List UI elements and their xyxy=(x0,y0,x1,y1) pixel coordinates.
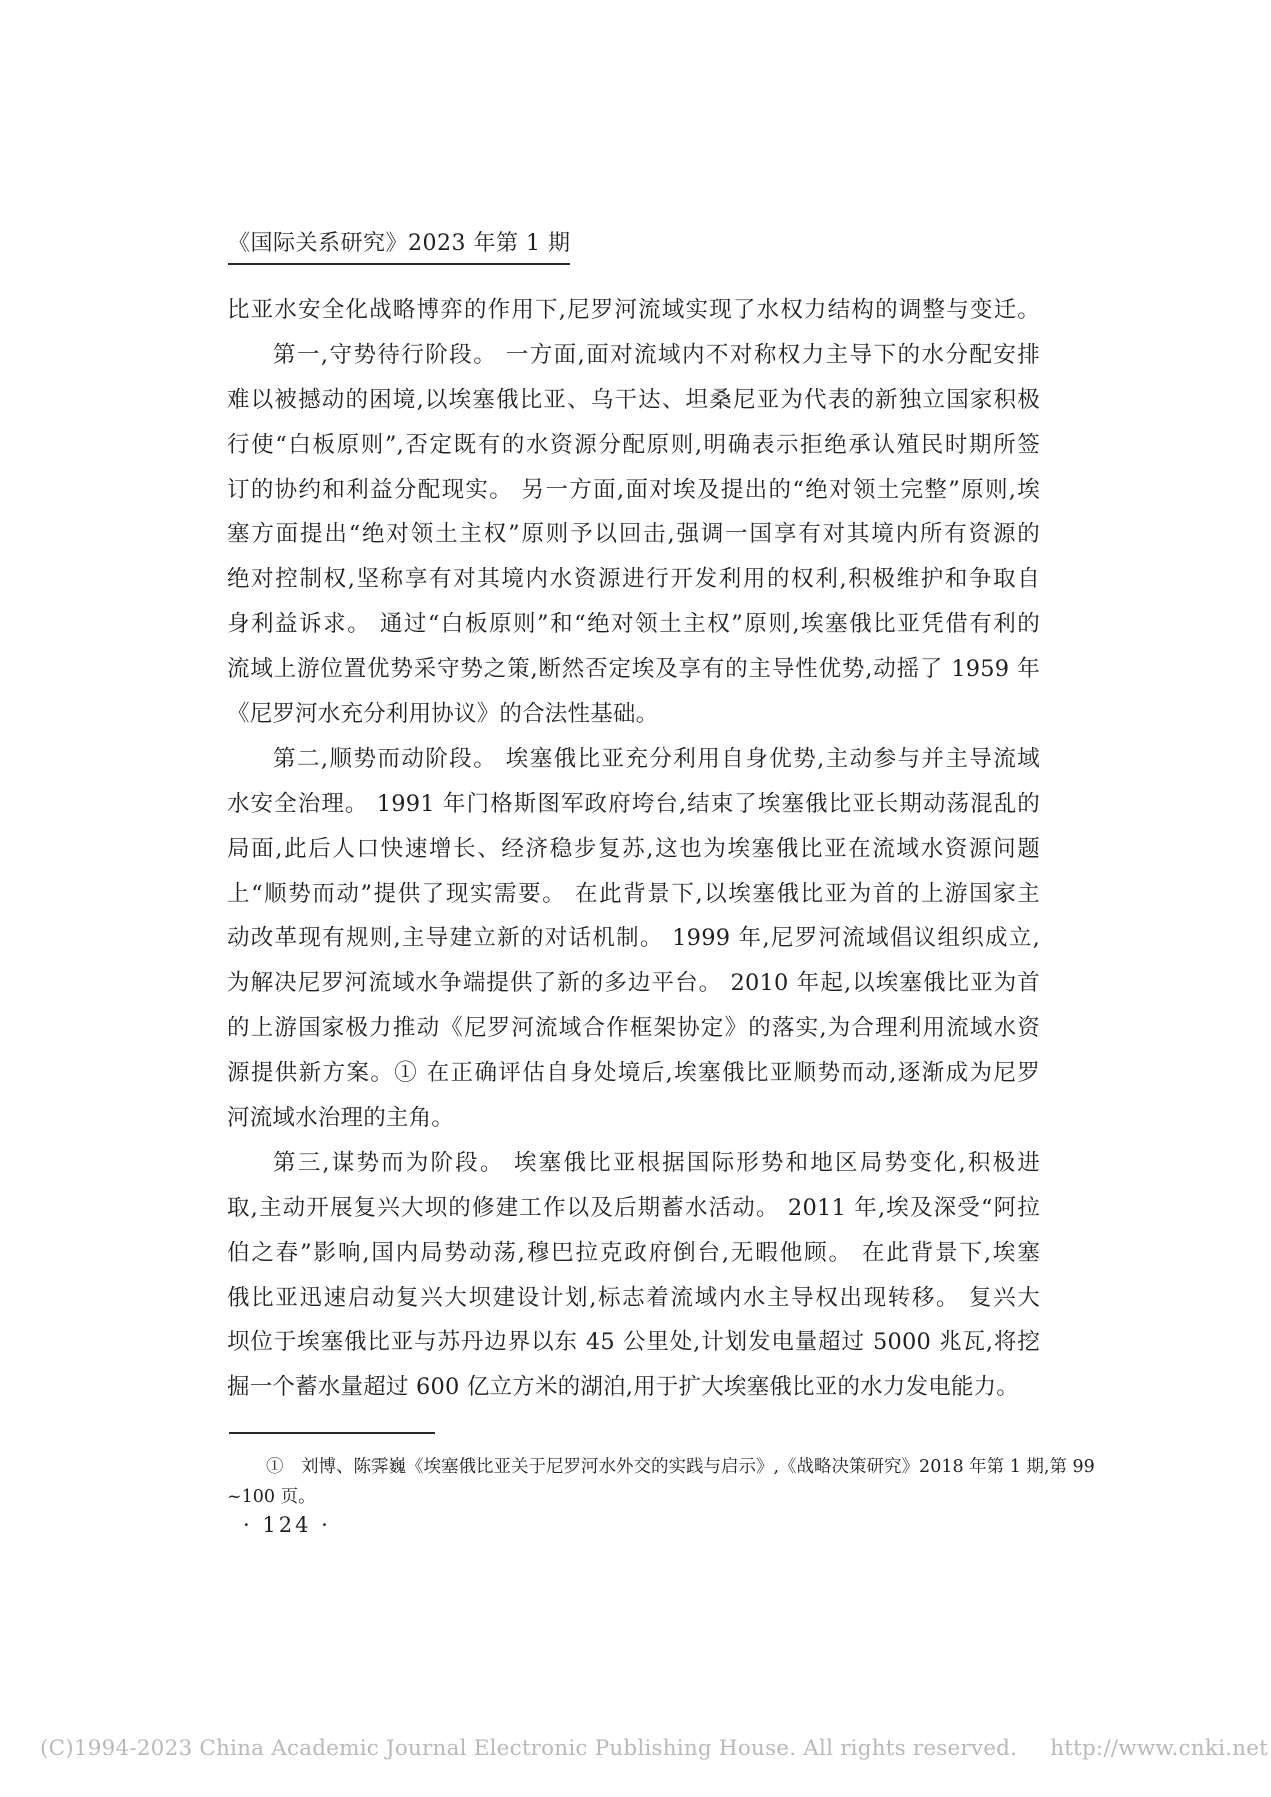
body-line: 难以被撼动的困境,以埃塞俄比亚、乌干达、坦桑尼亚为代表的新独立国家积极 xyxy=(227,378,1040,423)
body-line: 绝对控制权,坚称享有对其境内水资源进行开发利用的权利,积极维护和争取自 xyxy=(227,557,1040,602)
body-line: 伯之春”影响,国内局势动荡,穆巴拉克政府倒台,无暇他顾。 在此背景下,埃塞 xyxy=(227,1231,1040,1276)
copyright-watermark: (C)1994-2023 China Academic Journal Elec… xyxy=(40,1736,1268,1761)
body-line: 比亚水安全化战略博弈的作用下,尼罗河流域实现了水权力结构的调整与变迁。 xyxy=(227,288,1040,333)
body-line: 取,主动开展复兴大坝的修建工作以及后期蓄水活动。 2011 年,埃及深受“阿拉 xyxy=(227,1186,1040,1231)
body-line: 源提供新方案。① 在正确评估自身处境后,埃塞俄比亚顺势而动,逐渐成为尼罗 xyxy=(227,1051,1040,1096)
body-line: 流域上游位置优势采守势之策,断然否定埃及享有的主导性优势,动摇了 1959 年 xyxy=(227,647,1040,692)
body-line: 塞方面提出“绝对领土主权”原则予以回击,强调一国享有对其境内所有资源的 xyxy=(227,512,1040,557)
body-line: 身利益诉求。 通过“白板原则”和“绝对领土主权”原则,埃塞俄比亚凭借有利的 xyxy=(227,602,1040,647)
body-line: 坝位于埃塞俄比亚与苏丹边界以东 45 公里处,计划发电量超过 5000 兆瓦,将… xyxy=(227,1320,1040,1365)
body-line: 水安全治理。 1991 年门格斯图军政府垮台,结束了埃塞俄比亚长期动荡混乱的 xyxy=(227,782,1040,827)
body-line: 第三,谋势而为阶段。 埃塞俄比亚根据国际形势和地区局势变化,积极进 xyxy=(227,1141,1040,1186)
body-line: 俄比亚迅速启动复兴大坝建设计划,标志着流域内水主导权出现转移。 复兴大 xyxy=(227,1276,1040,1321)
page-number: · 124 · xyxy=(243,1513,331,1537)
body-line: 为解决尼罗河流域水争端提供了新的多边平台。 2010 年起,以埃塞俄比亚为首 xyxy=(227,961,1040,1006)
body-line: 上“顺势而动”提供了现实需要。 在此背景下,以埃塞俄比亚为首的上游国家主 xyxy=(227,872,1040,917)
footnote-line: ~100 页。 xyxy=(227,1482,1051,1512)
journal-page: 《国际关系研究》2023 年第 1 期 比亚水安全化战略博弈的作用下,尼罗河流域… xyxy=(0,0,1271,1797)
footnote: ① 刘博、陈霁巍《埃塞俄比亚关于尼罗河水外交的实践与启示》,《战略决策研究》20… xyxy=(227,1452,1051,1512)
copyright-text: (C)1994-2023 China Academic Journal Elec… xyxy=(40,1736,1017,1761)
body-line: 行使“白板原则”,否定既有的水资源分配原则,明确表示拒绝承认殖民时期所签 xyxy=(227,423,1040,468)
body-line: 的上游国家极力推动《尼罗河流域合作框架协定》的落实,为合理利用流域水资 xyxy=(227,1006,1040,1051)
body-line: 第二,顺势而动阶段。 埃塞俄比亚充分利用自身优势,主动参与并主导流域 xyxy=(227,737,1040,782)
footnote-line: ① 刘博、陈霁巍《埃塞俄比亚关于尼罗河水外交的实践与启示》,《战略决策研究》20… xyxy=(227,1452,1051,1482)
body-line: 动改革现有规则,主导建立新的对话机制。 1999 年,尼罗河流域倡议组织成立, xyxy=(227,916,1040,961)
cnki-url: http://www.cnki.net xyxy=(1050,1736,1268,1761)
body-line: 订的协约和利益分配现实。 另一方面,面对埃及提出的“绝对领土完整”原则,埃 xyxy=(227,468,1040,513)
body-line: 第一,守势待行阶段。 一方面,面对流域内不对称权力主导下的水分配安排 xyxy=(227,333,1040,378)
journal-issue-header: 《国际关系研究》2023 年第 1 期 xyxy=(228,231,570,265)
footnote-divider xyxy=(229,1432,435,1434)
body-line: 局面,此后人口快速增长、经济稳步复苏,这也为埃塞俄比亚在流域水资源问题 xyxy=(227,827,1040,872)
body-line: 掘一个蓄水量超过 600 亿立方米的湖泊,用于扩大埃塞俄比亚的水力发电能力。 xyxy=(227,1365,1040,1410)
body-line: 河流域水治理的主角。 xyxy=(227,1096,1040,1141)
body-line: 《尼罗河水充分利用协议》的合法性基础。 xyxy=(227,692,1040,737)
article-body: 比亚水安全化战略博弈的作用下,尼罗河流域实现了水权力结构的调整与变迁。 第一,守… xyxy=(227,288,1040,1410)
